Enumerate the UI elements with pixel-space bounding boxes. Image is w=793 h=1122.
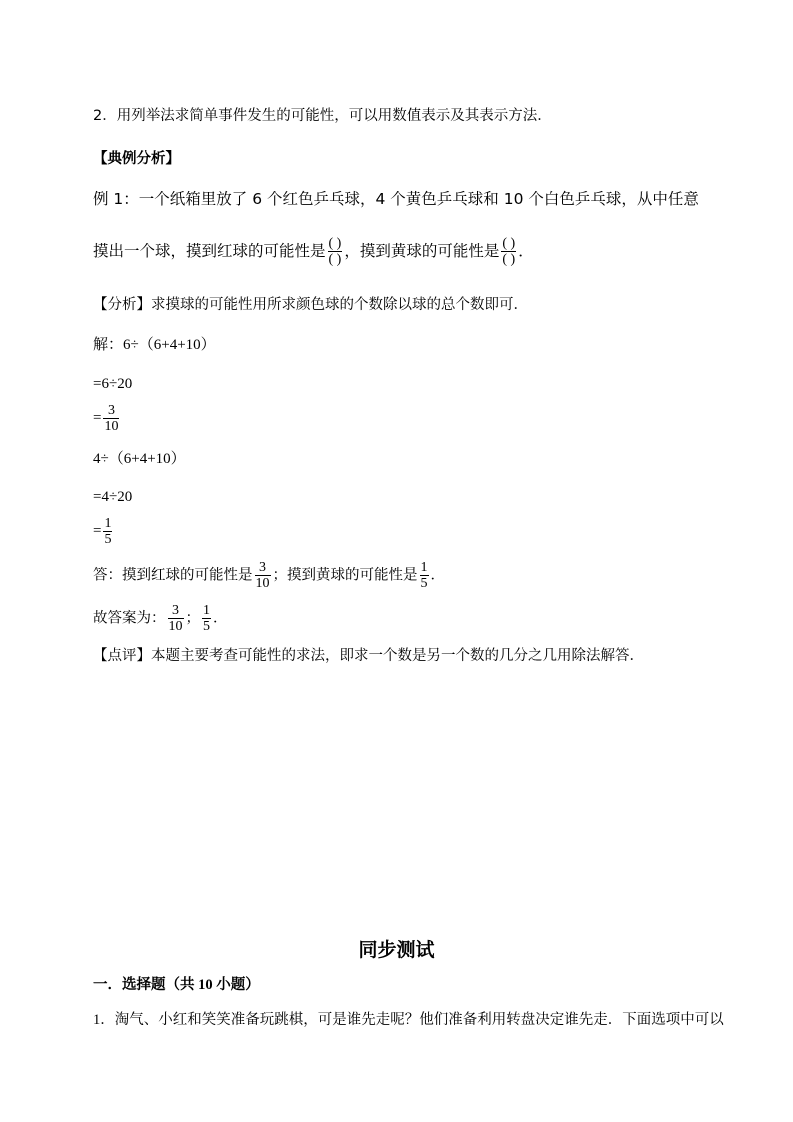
example-heading: 【典例分析】	[93, 149, 180, 169]
solution-step-1: 解：6÷（6+4+10）	[93, 335, 216, 355]
blank-fraction-yellow: ( )( )	[501, 236, 516, 267]
solution-step-5: =4÷20	[93, 487, 132, 507]
analysis-text: 【分析】求摸球的可能性用所求颜色球的个数除以球的总个数即可．	[93, 295, 528, 315]
answer-fraction-red: 310	[255, 560, 271, 591]
question-1: 1．淘气、小红和笑笑准备玩跳棋，可是谁先走呢？他们准备利用转盘决定谁先走．下面选…	[93, 1010, 724, 1030]
knowledge-point-2: 2．用列举法求简单事件发生的可能性，可以用数值表示及其表示方法．	[93, 106, 552, 126]
solution-step-6: =15	[93, 516, 114, 547]
section1-heading: 一．选择题（共 10 小题）	[93, 975, 260, 995]
final-fraction-1: 310	[168, 603, 184, 634]
example1-text-a: 摸出一个球，摸到红球的可能性是	[93, 242, 326, 260]
document-page: 2．用列举法求简单事件发生的可能性，可以用数值表示及其表示方法． 【典例分析】 …	[0, 0, 793, 1122]
example1-line2: 摸出一个球，摸到红球的可能性是( )( )，摸到黄球的可能性是( )( )．	[93, 236, 534, 267]
solution-step-4: 4÷（6+4+10）	[93, 449, 186, 469]
blank-fraction-red: ( )( )	[328, 236, 343, 267]
section-title: 同步测试	[0, 935, 793, 962]
solution-step-2: =6÷20	[93, 374, 132, 394]
final-fraction-2: 15	[202, 603, 211, 634]
solution-step-3: =310	[93, 403, 121, 434]
fraction-3-10: 310	[103, 403, 119, 434]
fraction-1-5: 15	[103, 516, 112, 547]
comment-text: 【点评】本题主要考查可能性的求法，即求一个数是另一个数的几分之几用除法解答．	[93, 646, 644, 666]
final-answer-line: 故答案为：310；15．	[93, 603, 228, 634]
answer-line: 答：摸到红球的可能性是310；摸到黄球的可能性是15．	[93, 560, 445, 591]
example1-line1: 例 1：一个纸箱里放了 6 个红色乒乓球，4 个黄色乒乓球和 10 个白色乒乓球…	[93, 189, 699, 209]
answer-fraction-yellow: 15	[420, 560, 429, 591]
example1-text-b: ，摸到黄球的可能性是	[344, 242, 499, 260]
